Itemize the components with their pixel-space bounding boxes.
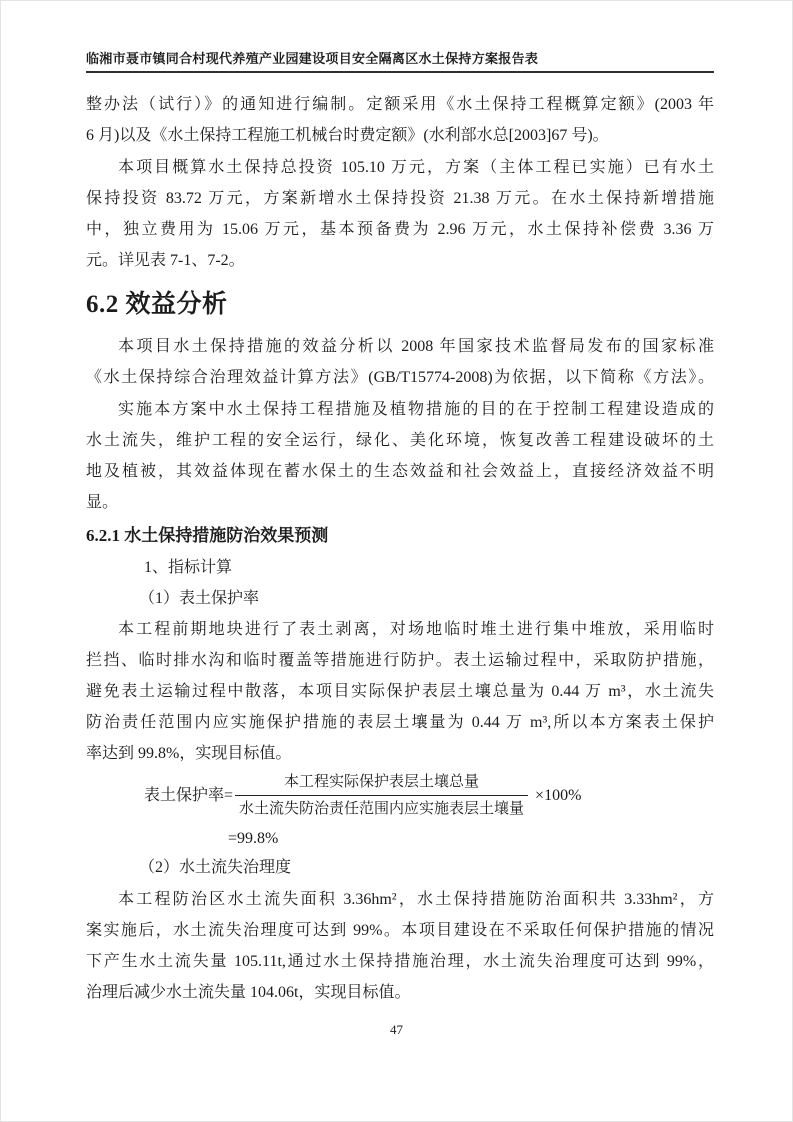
body-line: 水土流失，维护工程的安全运行，绿化、美化环境，恢复改善工程建设破坏的土 (86, 425, 714, 456)
body-line: 显。 (86, 487, 714, 518)
body-line: 本工程防治区水土流失面积 3.36hm²，水土保持措施防治面积共 3.33hm²… (86, 884, 714, 915)
section-heading-6-2-1: 6.2.1 水土保持措施防治效果预测 (86, 520, 714, 551)
body-line: 保持投资 83.72 万元，方案新增水土保持投资 21.38 万元。在水土保持新… (86, 183, 714, 214)
body-line: 中，独立费用为 15.06 万元，基本预备费为 2.96 万元，水土保持补偿费 … (86, 214, 714, 245)
paragraph-benefit-basis: 本项目水土保持措施的效益分析以 2008 年国家技术监督局发布的国家标准 《水土… (86, 331, 714, 393)
formula-fraction: 本工程实际保护表层土壤总量 水土流失防治责任范围内应实施表层土壤量 (235, 769, 528, 822)
formula-numerator: 本工程实际保护表层土壤总量 (235, 769, 528, 795)
formula-denominator: 水土流失防治责任范围内应实施表层土壤量 (235, 795, 528, 822)
running-header: 临湘市聂市镇同合村现代养殖产业园建设项目安全隔离区水土保持方案报告表 (86, 48, 714, 73)
body-line: 6 月)以及《水土保持工程施工机械台时费定额》(水利部水总[2003]67 号)… (86, 120, 714, 151)
body-line: 《水土保持综合治理效益计算方法》(GB/T15774-2008)为依据，以下简称… (86, 362, 714, 393)
body-line: 元。详见表 7-1、7-2。 (86, 245, 714, 276)
paragraph-erosion-control: 本工程防治区水土流失面积 3.36hm²，水土保持措施防治面积共 3.33hm²… (86, 884, 714, 1008)
list-item-erosion-control-degree: （2）水土流失治理度 (86, 852, 714, 883)
body-line: 本项目概算水土保持总投资 105.10 万元，方案（主体工程已实施）已有水土 (86, 152, 714, 183)
formula-multiplier: ×100% (535, 788, 581, 804)
body-line: 本工程前期地块进行了表土剥离，对场地临时堆土进行集中堆放，采用临时 (86, 614, 714, 645)
formula-lhs: 表土保护率= (144, 788, 233, 804)
paragraph-funding-basis: 整办法（试行）》的通知进行编制。定额采用《水土保持工程概算定额》(2003 年 … (86, 89, 714, 151)
section-heading-6-2: 6.2 效益分析 (86, 287, 714, 323)
body-line: 避免表土运输过程中散落，本项目实际保护表层土壤总量为 0.44 万 m³，水土流… (86, 676, 714, 707)
body-line: 地及植被，其效益体现在蓄水保土的生态效益和社会效益上，直接经济效益不明 (86, 456, 714, 487)
page-number: 47 (1, 1022, 792, 1038)
formula-result: =99.8% (228, 823, 278, 854)
paragraph-topsoil-protection: 本工程前期地块进行了表土剥离，对场地临时堆土进行集中堆放，采用临时 拦挡、临时排… (86, 614, 714, 769)
body-line: 案实施后，水土流失治理度可达到 99%。本项目建设在不采取任何保护措施的情况 (86, 915, 714, 946)
body-line: 拦挡、临时排水沟和临时覆盖等措施进行防护。表土运输过程中，采取防护措施， (86, 645, 714, 676)
body-line: 率达到 99.8%，实现目标值。 (86, 738, 714, 769)
body-line: 本项目水土保持措施的效益分析以 2008 年国家技术监督局发布的国家标准 (86, 331, 714, 362)
paragraph-investment-summary: 本项目概算水土保持总投资 105.10 万元，方案（主体工程已实施）已有水土 保… (86, 152, 714, 276)
body-line: 实施本方案中水土保持工程措施及植物措施的目的在于控制工程建设造成的 (86, 394, 714, 425)
paragraph-measure-purpose: 实施本方案中水土保持工程措施及植物措施的目的在于控制工程建设造成的 水土流失，维… (86, 394, 714, 518)
body-line: 下产生水土流失量 105.11t,通过水土保持措施治理，水土流失治理度可达到 9… (86, 946, 714, 977)
body-line: 整办法（试行）》的通知进行编制。定额采用《水土保持工程概算定额》(2003 年 (86, 89, 714, 120)
body-line: 防治责任范围内应实施保护措施的表层土壤量为 0.44 万 m³,所以本方案表土保… (86, 707, 714, 738)
body-line: 治理后减少水土流失量 104.06t，实现目标值。 (86, 977, 714, 1008)
document-page: 临湘市聂市镇同合村现代养殖产业园建设项目安全隔离区水土保持方案报告表 整办法（试… (0, 0, 793, 1122)
list-item-topsoil-protection-rate: （1）表土保护率 (86, 583, 714, 614)
topsoil-protection-formula: 表土保护率= 本工程实际保护表层土壤总量 水土流失防治责任范围内应实施表层土壤量… (144, 769, 581, 822)
running-header-title: 临湘市聂市镇同合村现代养殖产业园建设项目安全隔离区水土保持方案报告表 (86, 51, 538, 66)
list-item-index-calculation: 1、指标计算 (86, 552, 714, 583)
